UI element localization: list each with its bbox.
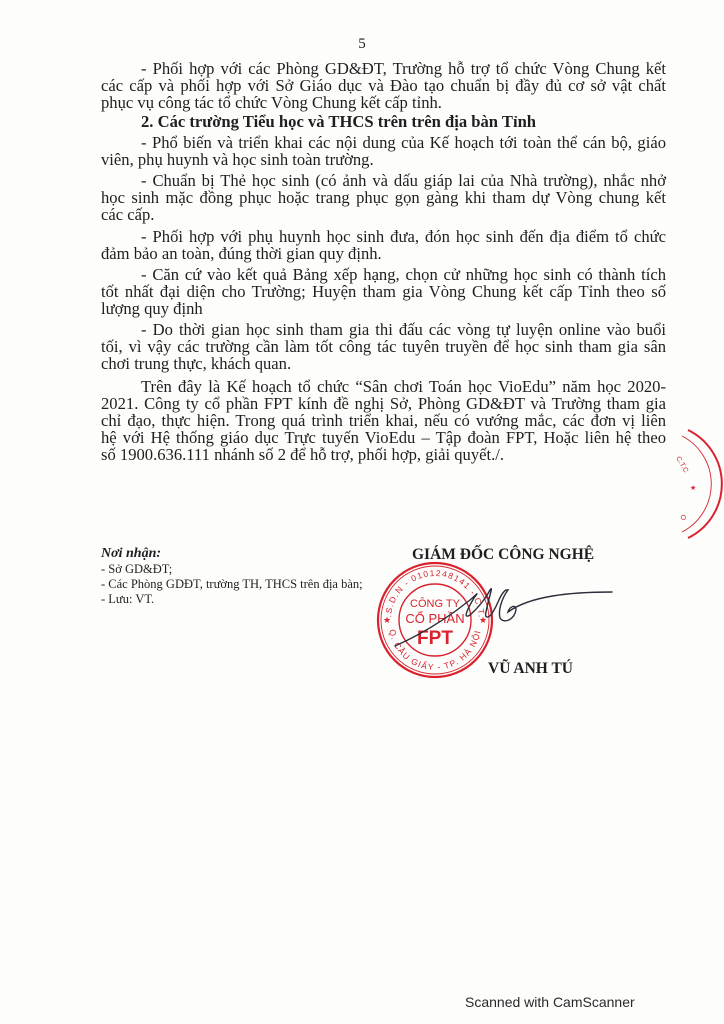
- svg-text:★: ★: [690, 484, 696, 492]
- signature-icon: [390, 580, 615, 650]
- recipients-title: Nơi nhận:: [101, 545, 363, 562]
- svg-text:O: O: [678, 513, 687, 521]
- signer-name: VŨ ANH TÚ: [488, 660, 573, 678]
- body-text-line: số 1900.636.111 nhánh số 2 để hỗ trợ, ph…: [101, 446, 666, 464]
- body-text-line: các cấp.: [101, 206, 666, 224]
- recipients-block: Nơi nhận: - Sở GD&ĐT; - Các Phòng GDĐT, …: [101, 545, 363, 607]
- body-text-line: lượng quy định: [101, 300, 666, 318]
- stamp-fragment-icon: C.T.C ★ O: [668, 428, 724, 540]
- page-number: 5: [0, 36, 724, 53]
- recipient-item: - Sở GD&ĐT;: [101, 562, 363, 577]
- body-text-line: viên, phụ huynh và học sinh toàn trường.: [101, 151, 666, 169]
- recipient-item: - Các Phòng GDĐT, trường TH, THCS trên đ…: [101, 577, 363, 592]
- recipient-item: - Lưu: VT.: [101, 592, 363, 607]
- camscanner-watermark: Scanned with CamScanner: [465, 994, 635, 1010]
- body-text-line: đảm bảo an toàn, đúng thời gian quy định…: [101, 245, 666, 263]
- body-text-line: phục vụ công tác tổ chức Vòng Chung kết …: [101, 94, 666, 112]
- body-text-line: chơi trung thực, khách quan.: [101, 355, 666, 373]
- document-page: 5 - Phối hợp với các Phòng GD&ĐT, Trường…: [0, 0, 724, 1024]
- svg-text:C.T.C: C.T.C: [674, 456, 689, 475]
- body-text-line: học sinh mặc đồng phục hoặc trang phục g…: [101, 189, 666, 207]
- section-heading: 2. Các trường Tiểu học và THCS trên trên…: [141, 113, 706, 131]
